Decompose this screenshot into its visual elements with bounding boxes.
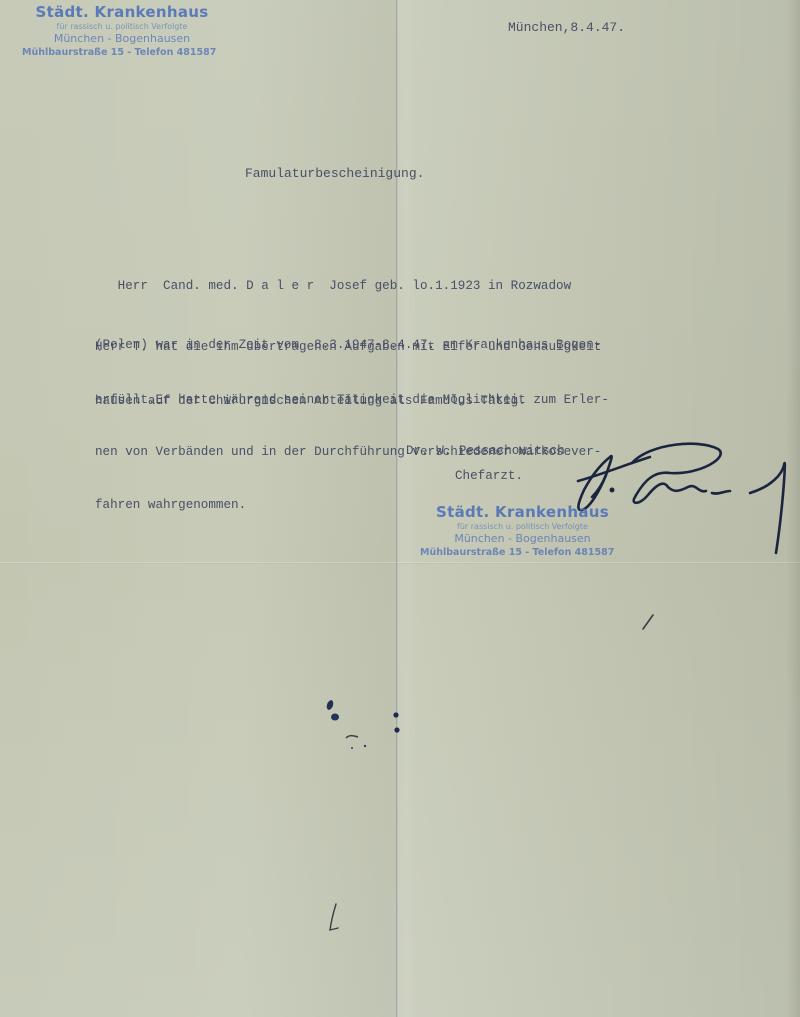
horizontal-fold-line [0,562,800,564]
paragraph-line: Herr Cand. med. D a l e r Josef geb. lo.… [95,277,601,297]
stamp-subtitle: für rassisch u. politisch Verfolgte [420,521,625,532]
ink-blot-marks [320,690,410,760]
stamp-address: Mühlbaurstraße 15 - Telefon 481587 [22,46,222,59]
stamp-city: München - Bogenhausen [22,32,222,46]
signatory-name: Dr. W. Pessachowitsch [406,444,565,458]
stamp-title: Städt. Krankenhaus [22,3,222,21]
letterhead-stamp: Städt. Krankenhaus für rassisch u. polit… [22,3,222,59]
body-paragraph-2: Herr T. hat die ihm übertragenen Aufgabe… [95,304,609,532]
stamp-city: München - Bogenhausen [420,532,625,546]
closing-stamp: Städt. Krankenhaus für rassisch u. polit… [420,503,625,559]
pencil-mark-l [325,900,345,940]
stamp-address: Mühlbaurstraße 15 - Telefon 481587 [420,546,625,559]
stamp-subtitle: für rassisch u. politisch Verfolgte [22,21,222,32]
paragraph-line: Herr T. hat die ihm übertragenen Aufgabe… [95,339,609,357]
date-line: München,8.4.47. [508,20,625,35]
pencil-stroke-mark [640,612,660,632]
document-title: Famulaturbescheinigung. [245,166,424,181]
signatory-role: Chefarzt. [455,469,523,483]
paragraph-line: erfüllt.Er hatte während seiner Tätigkei… [95,392,609,410]
stamp-title: Städt. Krankenhaus [420,503,625,521]
